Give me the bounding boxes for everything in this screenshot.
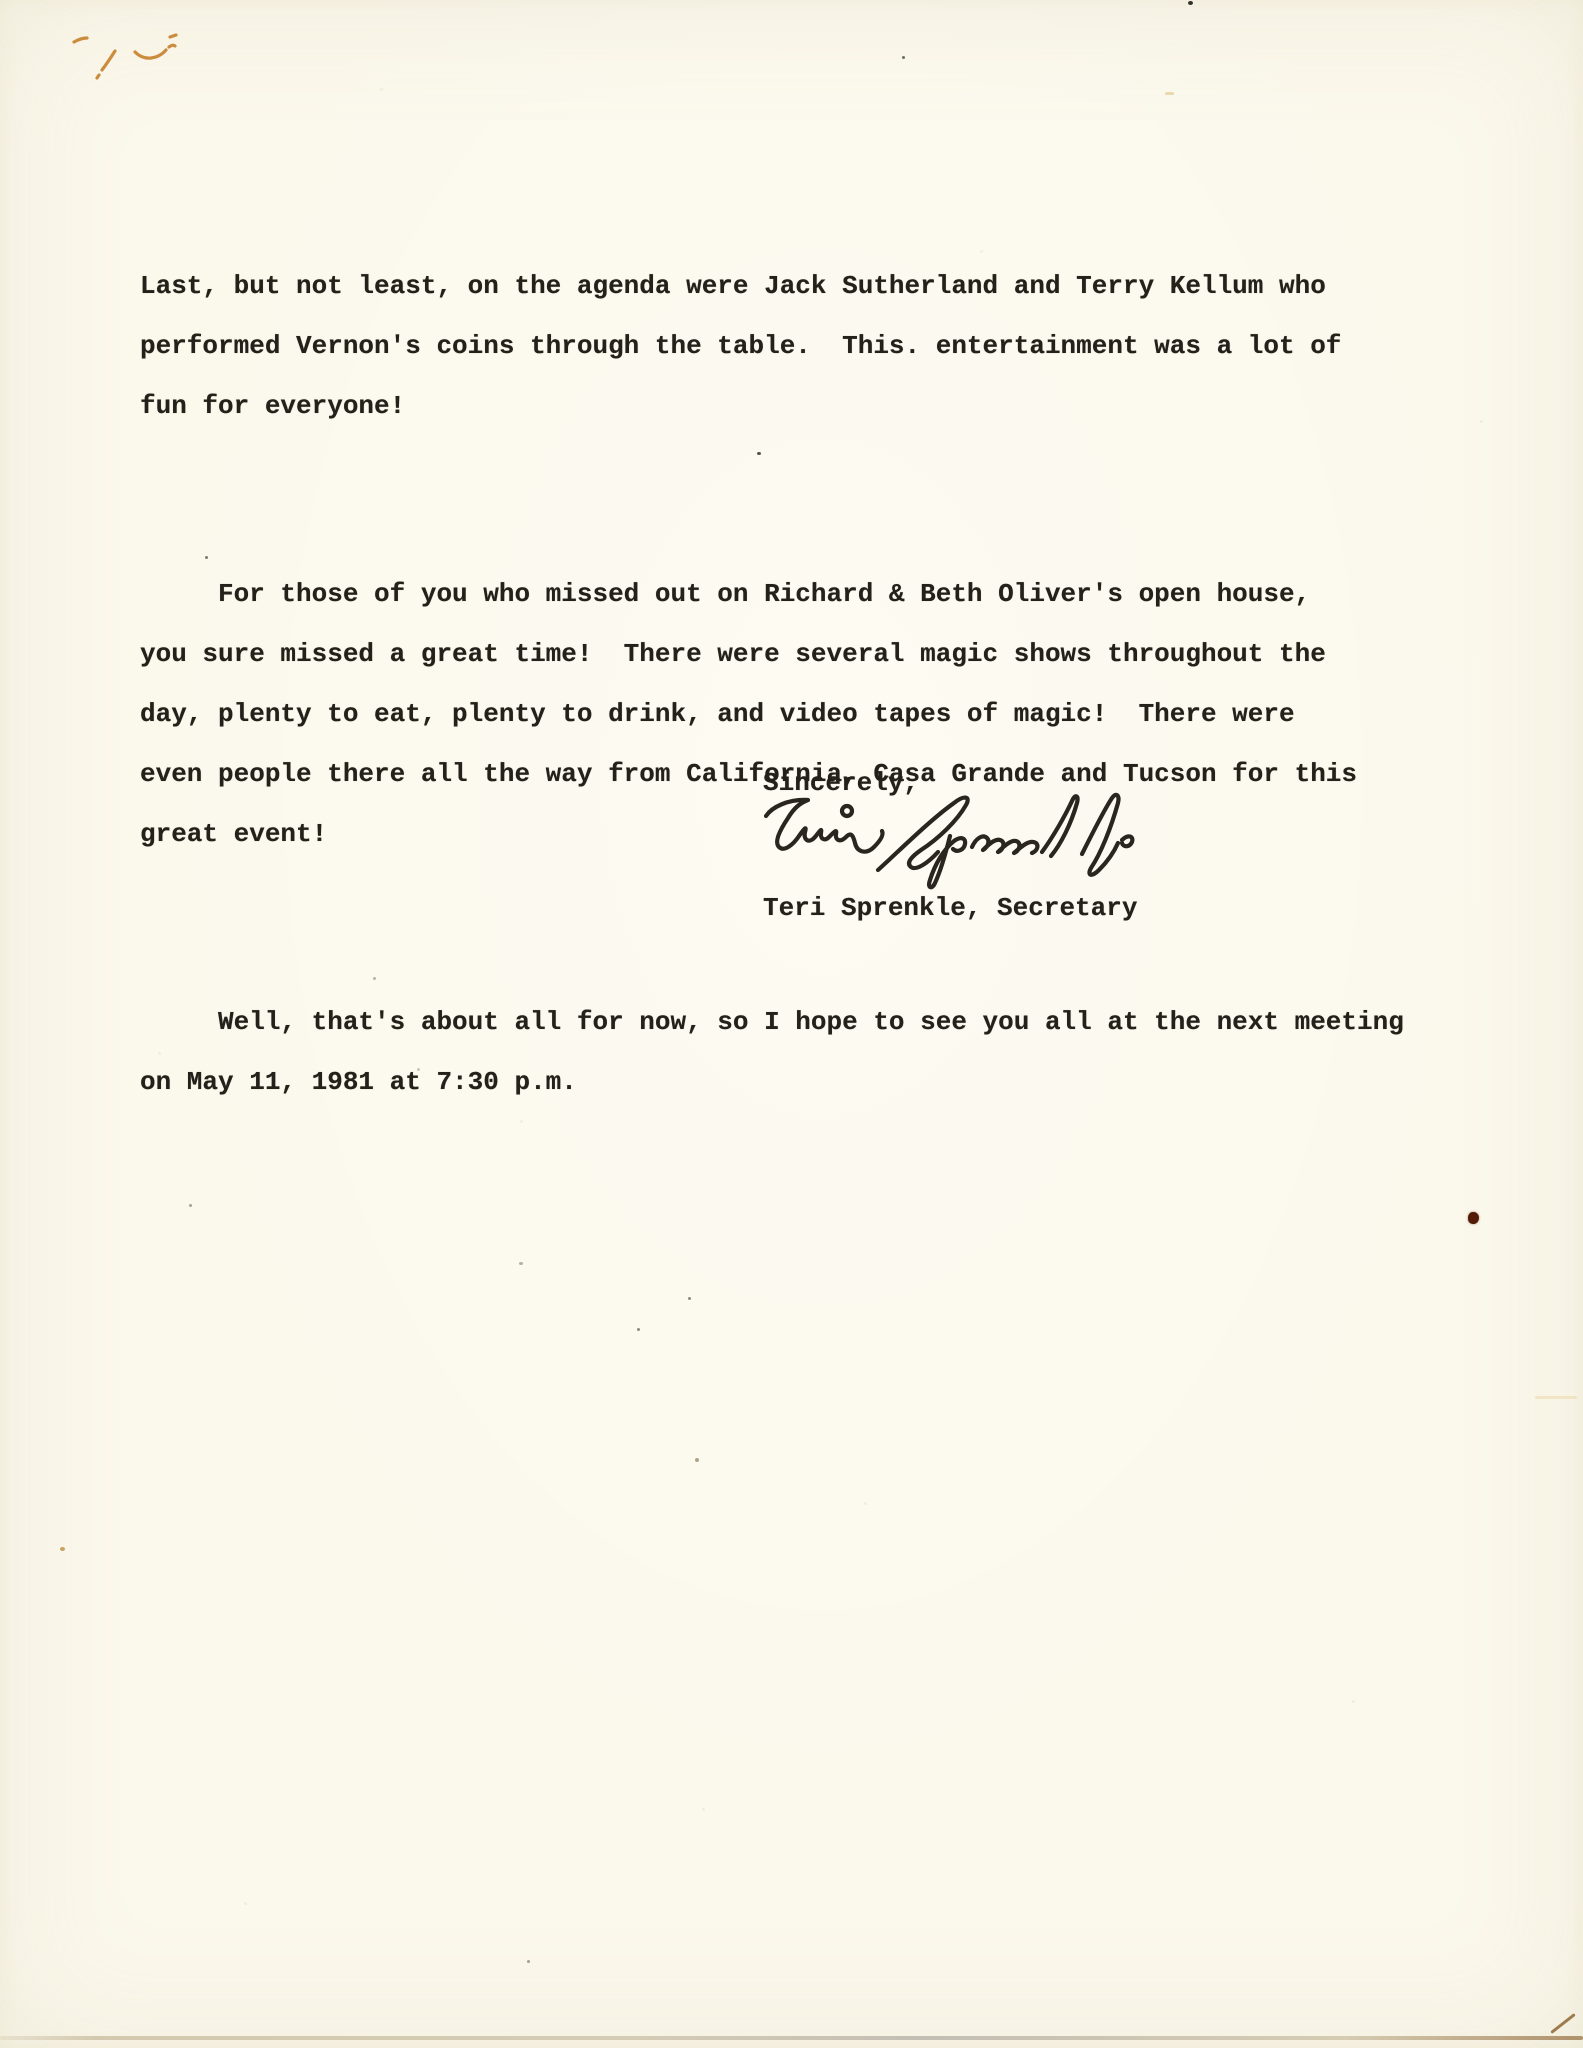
paper-speck <box>864 1502 867 1505</box>
paper-speck <box>519 1262 523 1265</box>
paper-speck <box>60 1547 65 1551</box>
paper-speck <box>902 56 905 59</box>
paper-speck <box>520 1120 523 1123</box>
scanned-letter-page: Last, but not least, on the agenda were … <box>0 0 1583 2048</box>
paragraph-1: Last, but not least, on the agenda were … <box>140 256 1440 436</box>
paper-speck <box>702 1808 705 1811</box>
letter-body: Last, but not least, on the agenda were … <box>140 136 1440 1232</box>
paper-speck <box>1188 1 1193 5</box>
paper-speck <box>637 1328 640 1331</box>
paper-speck <box>688 1297 691 1300</box>
handwritten-signature <box>760 790 1152 892</box>
stray-typewriter-dot <box>757 452 761 455</box>
paper-speck <box>380 88 383 91</box>
paper-speck <box>244 1902 247 1905</box>
paper-speck <box>189 1204 192 1207</box>
scan-bottom-edge-tip <box>1550 2013 1575 2034</box>
typed-signature-name: Teri Sprenkle, Secretary <box>763 878 1137 938</box>
paper-speck <box>980 250 983 253</box>
ink-stain-dot <box>1468 1212 1479 1224</box>
paper-speck <box>695 1458 699 1462</box>
paragraph-3: Well, that's about all for now, so I hop… <box>140 992 1440 1112</box>
paper-speck <box>1352 1700 1355 1703</box>
paper-speck <box>158 1052 161 1055</box>
scan-bottom-edge <box>0 2036 1583 2040</box>
pencil-smudge-mark <box>58 25 198 87</box>
stray-typewriter-dot <box>205 556 208 559</box>
paper-speck <box>417 1068 420 1071</box>
paper-speck <box>1480 420 1483 423</box>
paper-speck <box>1535 1396 1577 1399</box>
paper-speck <box>1165 92 1174 95</box>
paper-speck <box>1255 760 1258 763</box>
paper-speck <box>527 1960 530 1963</box>
paper-speck <box>373 977 376 980</box>
